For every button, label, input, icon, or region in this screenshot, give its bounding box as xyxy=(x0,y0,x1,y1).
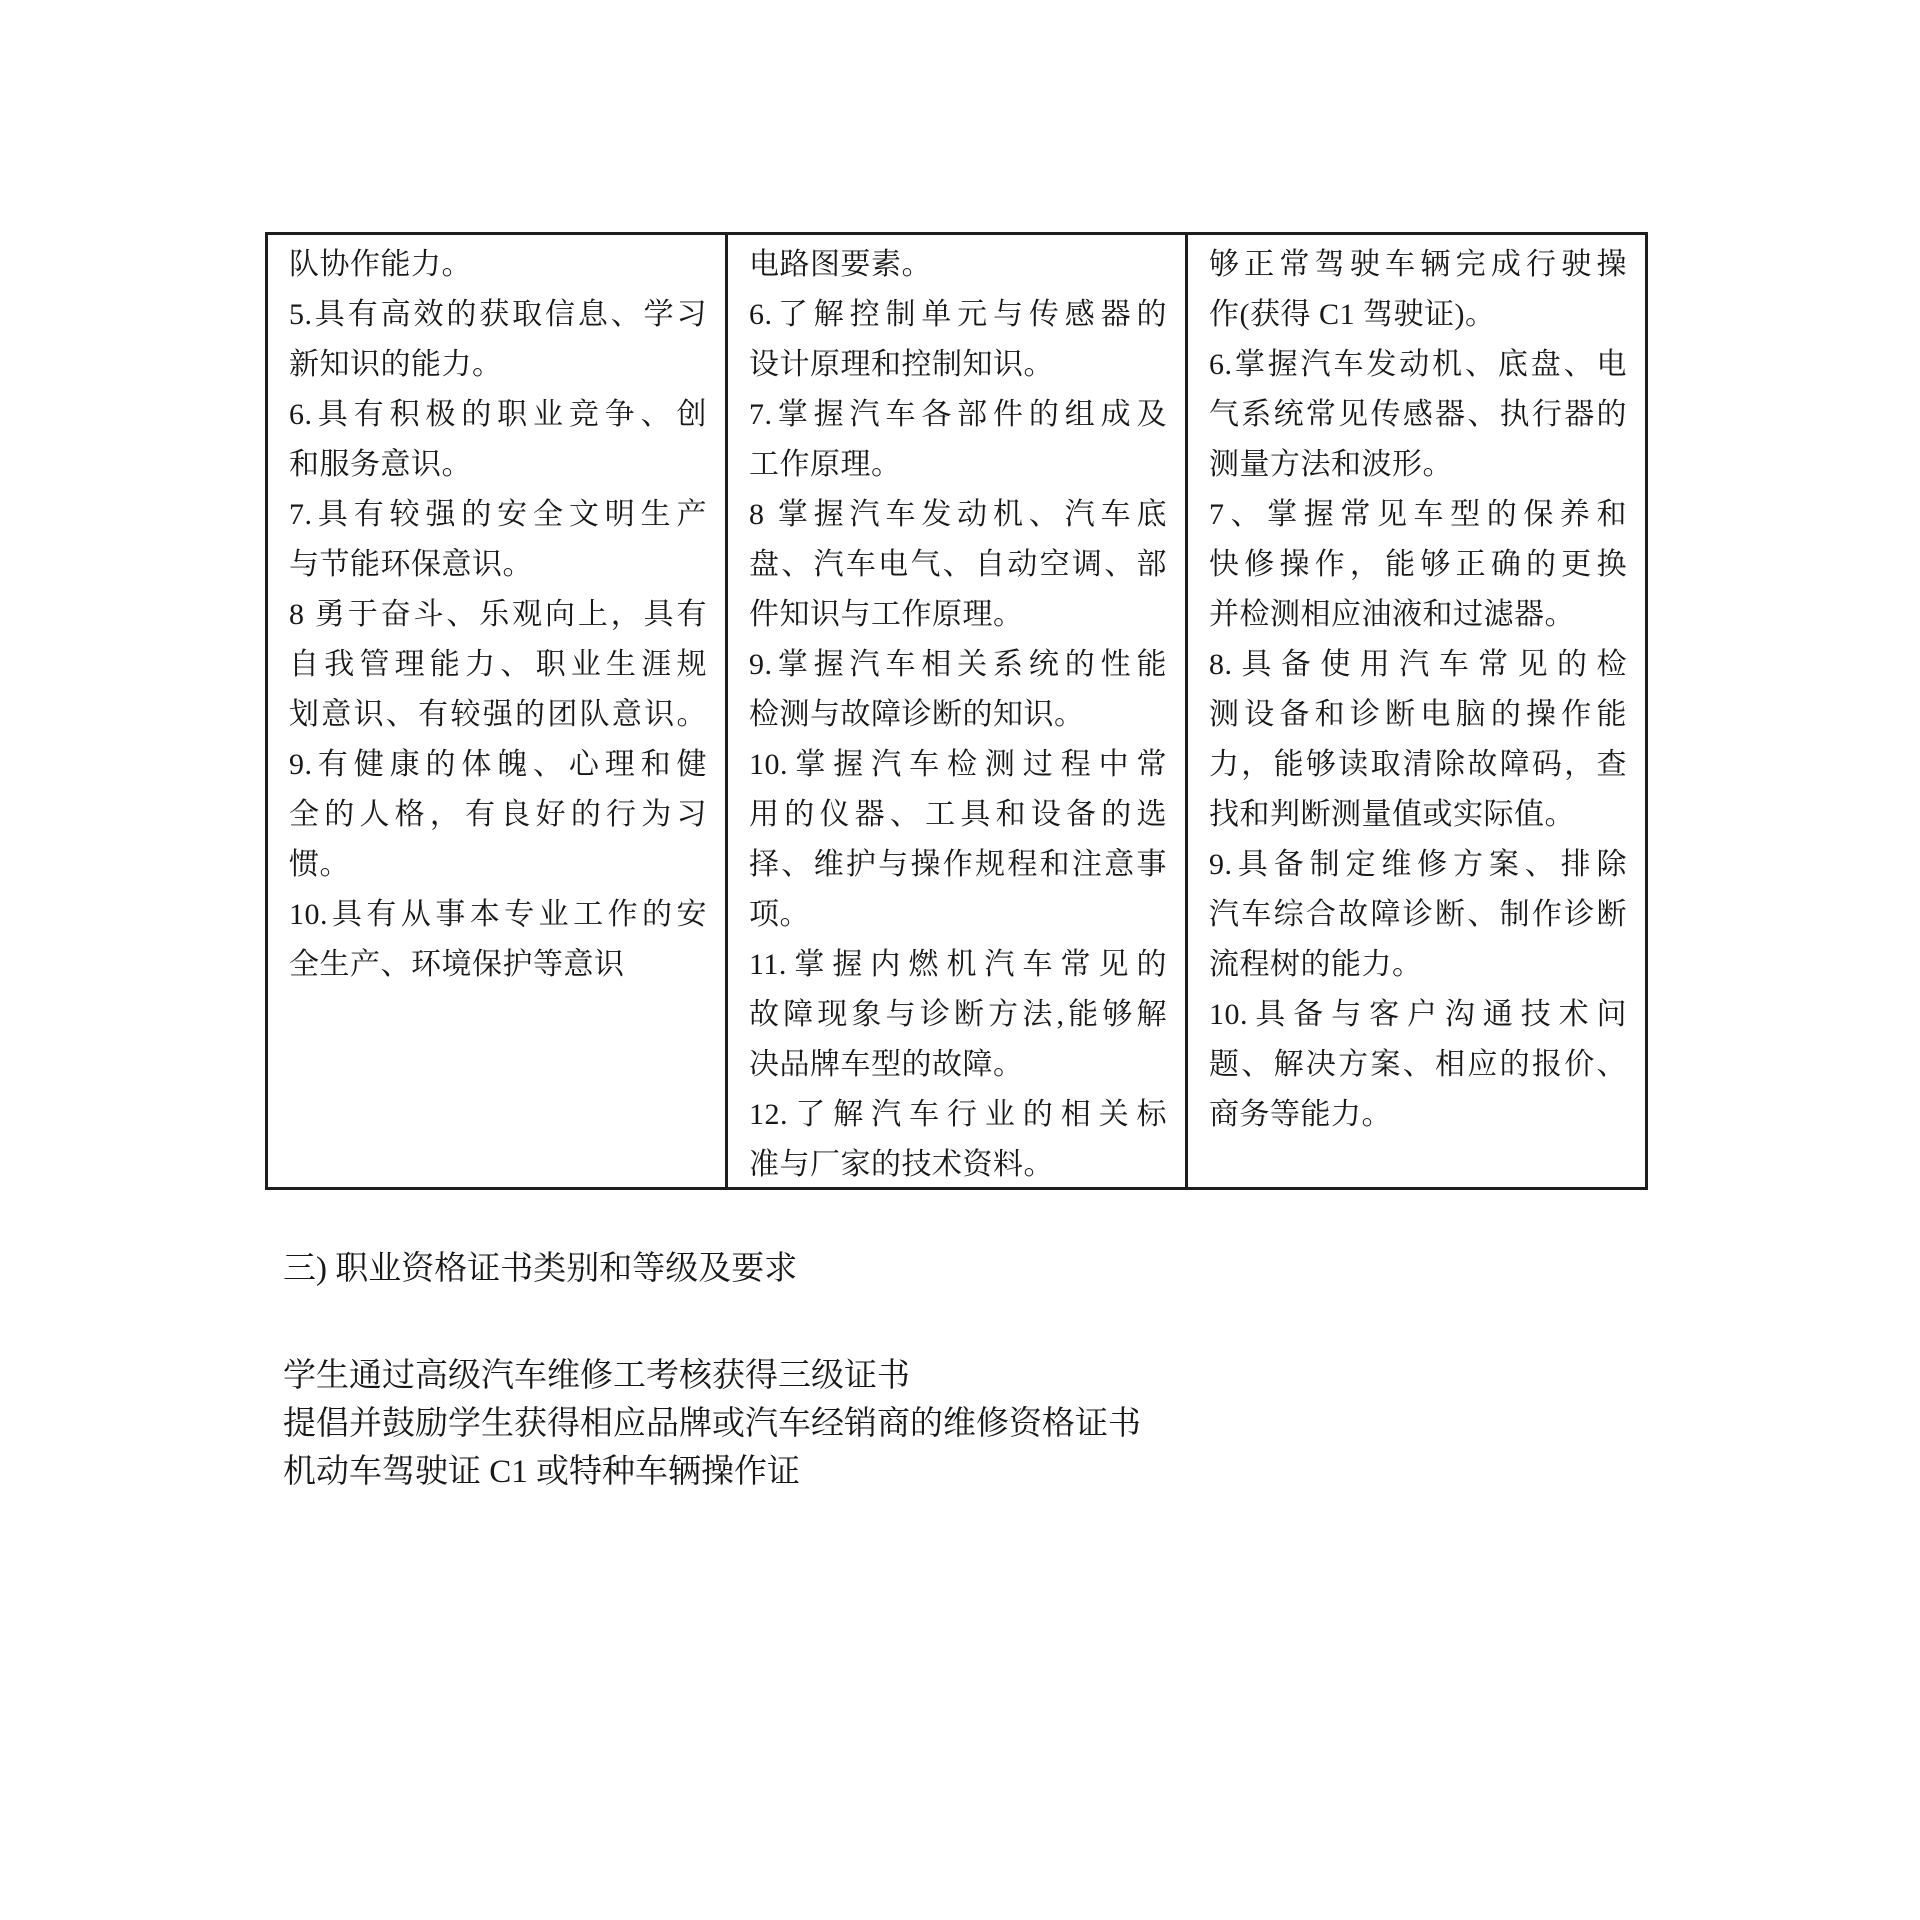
text-line: 和服务意识。 xyxy=(289,440,707,490)
document-page: 队协作能力。5.具有高效的获取信息、学习新知识的能力。6.具有积极的职业竞争、创… xyxy=(0,0,1920,1920)
text-line: 6.具有积极的职业竞争、创 xyxy=(289,390,707,440)
text-line: 提倡并鼓励学生获得相应品牌或汽车经销商的维修资格证书 xyxy=(283,1400,1141,1448)
text-line: 件知识与工作原理。 xyxy=(749,590,1167,640)
text-line: 够正常驾驶车辆完成行驶操 xyxy=(1209,240,1627,290)
text-line: 8 勇于奋斗、乐观向上，具有 xyxy=(289,590,707,640)
table-cell-column-1: 队协作能力。5.具有高效的获取信息、学习新知识的能力。6.具有积极的职业竞争、创… xyxy=(268,235,725,1187)
text-line: 10.掌握汽车检测过程中常 xyxy=(749,740,1167,790)
text-line: 流程树的能力。 xyxy=(1209,940,1627,990)
text-line: 7、掌握常见车型的保养和 xyxy=(1209,490,1627,540)
text-line: 11.掌握内燃机汽车常见的 xyxy=(749,940,1167,990)
text-line: 商务等能力。 xyxy=(1209,1090,1627,1140)
text-line: 惯。 xyxy=(289,840,707,890)
text-line: 10.具备与客户沟通技术问 xyxy=(1209,990,1627,1040)
text-line: 队协作能力。 xyxy=(289,240,707,290)
text-line: 作(获得 C1 驾驶证)。 xyxy=(1209,290,1627,340)
text-line: 划意识、有较强的团队意识。 xyxy=(289,690,707,740)
text-line: 学生通过高级汽车维修工考核获得三级证书 xyxy=(283,1352,1141,1400)
table-cell-column-2: 电路图要素。6.了解控制单元与传感器的设计原理和控制知识。7.掌握汽车各部件的组… xyxy=(725,235,1185,1187)
text-line: 9.具备制定维修方案、排除 xyxy=(1209,840,1627,890)
text-line: 力，能够读取清除故障码，查 xyxy=(1209,740,1627,790)
text-line: 决品牌车型的故障。 xyxy=(749,1040,1167,1090)
text-line: 9.掌握汽车相关系统的性能 xyxy=(749,640,1167,690)
text-line: 8.具备使用汽车常见的检 xyxy=(1209,640,1627,690)
text-line: 故障现象与诊断方法,能够解 xyxy=(749,990,1167,1040)
text-line: 择、维护与操作规程和注意事 xyxy=(749,840,1167,890)
section-heading: 三) 职业资格证书类别和等级及要求 xyxy=(283,1247,797,1291)
text-line: 工作原理。 xyxy=(749,440,1167,490)
certificate-requirements-paragraph: 学生通过高级汽车维修工考核获得三级证书提倡并鼓励学生获得相应品牌或汽车经销商的维… xyxy=(283,1352,1141,1496)
text-line: 设计原理和控制知识。 xyxy=(749,340,1167,390)
text-line: 9.有健康的体魄、心理和健 xyxy=(289,740,707,790)
text-line: 电路图要素。 xyxy=(749,240,1167,290)
text-line: 题、解决方案、相应的报价、 xyxy=(1209,1040,1627,1090)
text-line: 6.掌握汽车发动机、底盘、电 xyxy=(1209,340,1627,390)
text-line: 12.了解汽车行业的相关标 xyxy=(749,1090,1167,1140)
text-line: 汽车综合故障诊断、制作诊断 xyxy=(1209,890,1627,940)
text-line: 7.具有较强的安全文明生产 xyxy=(289,490,707,540)
text-line: 检测与故障诊断的知识。 xyxy=(749,690,1167,740)
table-cell-column-3: 够正常驾驶车辆完成行驶操作(获得 C1 驾驶证)。6.掌握汽车发动机、底盘、电气… xyxy=(1185,235,1645,1187)
text-line: 全生产、环境保护等意识 xyxy=(289,940,707,990)
text-line: 机动车驾驶证 C1 或特种车辆操作证 xyxy=(283,1448,1141,1496)
text-line: 全的人格，有良好的行为习 xyxy=(289,790,707,840)
text-line: 10.具有从事本专业工作的安 xyxy=(289,890,707,940)
text-line: 快修操作，能够正确的更换 xyxy=(1209,540,1627,590)
text-line: 测量方法和波形。 xyxy=(1209,440,1627,490)
text-line: 测设备和诊断电脑的操作能 xyxy=(1209,690,1627,740)
text-line: 7.掌握汽车各部件的组成及 xyxy=(749,390,1167,440)
text-line: 盘、汽车电气、自动空调、部 xyxy=(749,540,1167,590)
text-line: 气系统常见传感器、执行器的 xyxy=(1209,390,1627,440)
text-line: 新知识的能力。 xyxy=(289,340,707,390)
text-line: 5.具有高效的获取信息、学习 xyxy=(289,290,707,340)
text-line: 用的仪器、工具和设备的选 xyxy=(749,790,1167,840)
text-line: 6.了解控制单元与传感器的 xyxy=(749,290,1167,340)
text-line: 找和判断测量值或实际值。 xyxy=(1209,790,1627,840)
text-line: 8 掌握汽车发动机、汽车底 xyxy=(749,490,1167,540)
text-line: 并检测相应油液和过滤器。 xyxy=(1209,590,1627,640)
text-line: 项。 xyxy=(749,890,1167,940)
text-line: 与节能环保意识。 xyxy=(289,540,707,590)
text-line: 准与厂家的技术资料。 xyxy=(749,1140,1167,1190)
qualification-requirements-table: 队协作能力。5.具有高效的获取信息、学习新知识的能力。6.具有积极的职业竞争、创… xyxy=(265,232,1648,1190)
text-line: 自我管理能力、职业生涯规 xyxy=(289,640,707,690)
